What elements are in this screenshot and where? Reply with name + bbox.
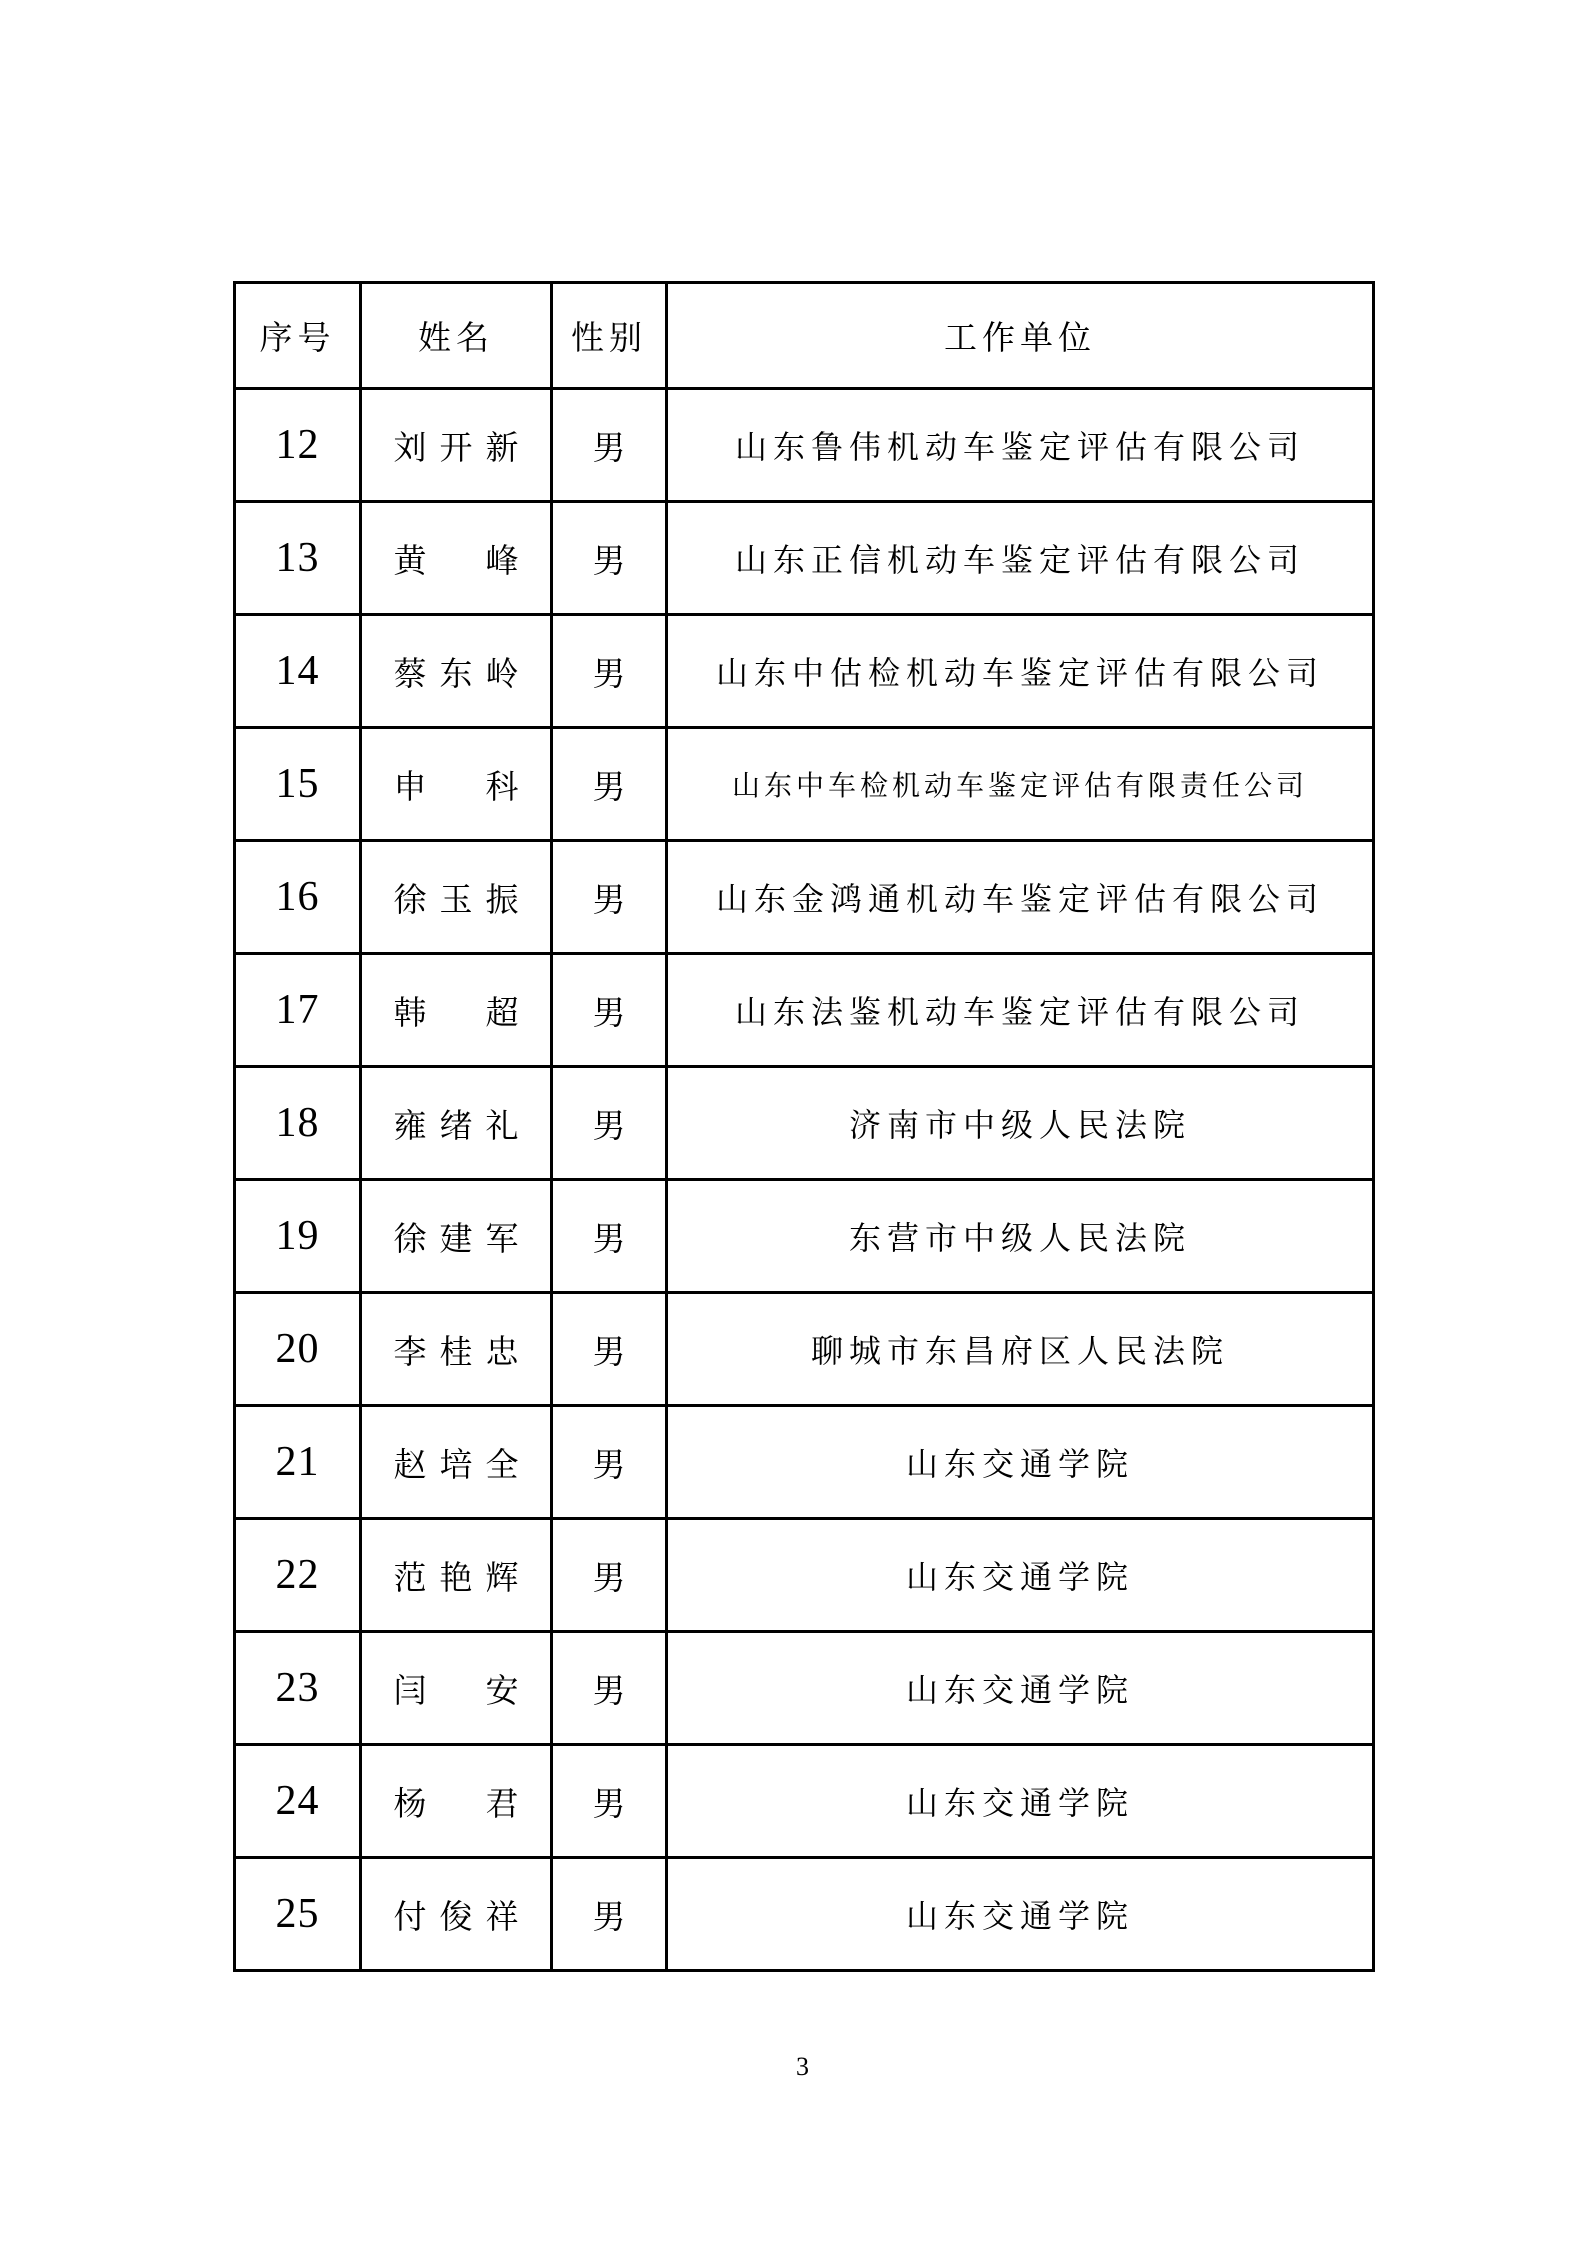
table-row: 22范艳辉男山东交通学院 bbox=[235, 1519, 1374, 1632]
row-gender: 男 bbox=[552, 841, 667, 954]
row-work-unit: 聊城市东昌府区人民法院 bbox=[667, 1293, 1374, 1406]
row-work-unit: 山东金鸿通机动车鉴定评估有限公司 bbox=[667, 841, 1374, 954]
table-row: 15申 科男山东中车检机动车鉴定评估有限责任公司 bbox=[235, 728, 1374, 841]
roster-table: 序号 姓名 性别 工作单位 12刘开新男山东鲁伟机动车鉴定评估有限公司13黄 峰… bbox=[233, 281, 1375, 1972]
row-work-unit: 山东交通学院 bbox=[667, 1406, 1374, 1519]
row-serial-number: 20 bbox=[235, 1293, 361, 1406]
row-name: 李桂忠 bbox=[361, 1293, 552, 1406]
page-number: 3 bbox=[233, 2052, 1372, 2082]
row-gender: 男 bbox=[552, 954, 667, 1067]
row-gender: 男 bbox=[552, 1293, 667, 1406]
row-gender: 男 bbox=[552, 502, 667, 615]
header-serial-number: 序号 bbox=[235, 283, 361, 389]
row-serial-number: 12 bbox=[235, 389, 361, 502]
row-gender: 男 bbox=[552, 1632, 667, 1745]
row-name-text: 范艳辉 bbox=[394, 1552, 519, 1599]
row-name: 闫 安 bbox=[361, 1632, 552, 1745]
row-name-text: 李桂忠 bbox=[394, 1326, 519, 1373]
row-work-unit: 山东中车检机动车鉴定评估有限责任公司 bbox=[667, 728, 1374, 841]
row-name-text: 付俊祥 bbox=[394, 1891, 519, 1938]
row-work-unit: 济南市中级人民法院 bbox=[667, 1067, 1374, 1180]
row-work-unit: 山东正信机动车鉴定评估有限公司 bbox=[667, 502, 1374, 615]
row-name: 黄 峰 bbox=[361, 502, 552, 615]
row-name: 赵培全 bbox=[361, 1406, 552, 1519]
row-name-text: 杨 君 bbox=[394, 1778, 519, 1825]
table-header-row: 序号 姓名 性别 工作单位 bbox=[235, 283, 1374, 389]
row-name: 付俊祥 bbox=[361, 1858, 552, 1971]
row-serial-number: 19 bbox=[235, 1180, 361, 1293]
row-work-unit: 山东交通学院 bbox=[667, 1632, 1374, 1745]
table-row: 24杨 君男山东交通学院 bbox=[235, 1745, 1374, 1858]
row-name: 韩 超 bbox=[361, 954, 552, 1067]
header-work-unit: 工作单位 bbox=[667, 283, 1374, 389]
table-row: 23闫 安男山东交通学院 bbox=[235, 1632, 1374, 1745]
row-name: 徐玉振 bbox=[361, 841, 552, 954]
table-row: 20李桂忠男聊城市东昌府区人民法院 bbox=[235, 1293, 1374, 1406]
table-row: 14蔡东岭男山东中估检机动车鉴定评估有限公司 bbox=[235, 615, 1374, 728]
table-row: 13黄 峰男山东正信机动车鉴定评估有限公司 bbox=[235, 502, 1374, 615]
row-name-text: 蔡东岭 bbox=[394, 648, 519, 695]
header-gender: 性别 bbox=[552, 283, 667, 389]
row-gender: 男 bbox=[552, 389, 667, 502]
row-name: 蔡东岭 bbox=[361, 615, 552, 728]
row-name-text: 黄 峰 bbox=[394, 535, 519, 582]
row-work-unit: 山东鲁伟机动车鉴定评估有限公司 bbox=[667, 389, 1374, 502]
row-gender: 男 bbox=[552, 1745, 667, 1858]
table-row: 25付俊祥男山东交通学院 bbox=[235, 1858, 1374, 1971]
row-name: 范艳辉 bbox=[361, 1519, 552, 1632]
row-work-unit: 山东交通学院 bbox=[667, 1858, 1374, 1971]
row-gender: 男 bbox=[552, 728, 667, 841]
row-name-text: 刘开新 bbox=[394, 422, 519, 469]
row-serial-number: 14 bbox=[235, 615, 361, 728]
row-serial-number: 24 bbox=[235, 1745, 361, 1858]
row-name: 雍绪礼 bbox=[361, 1067, 552, 1180]
row-gender: 男 bbox=[552, 1067, 667, 1180]
row-work-unit: 山东法鉴机动车鉴定评估有限公司 bbox=[667, 954, 1374, 1067]
row-name-text: 徐建军 bbox=[394, 1213, 519, 1260]
header-name: 姓名 bbox=[361, 283, 552, 389]
row-name: 徐建军 bbox=[361, 1180, 552, 1293]
row-name: 杨 君 bbox=[361, 1745, 552, 1858]
table-row: 16徐玉振男山东金鸿通机动车鉴定评估有限公司 bbox=[235, 841, 1374, 954]
row-name-text: 韩 超 bbox=[394, 987, 519, 1034]
row-gender: 男 bbox=[552, 615, 667, 728]
table-row: 19徐建军男东营市中级人民法院 bbox=[235, 1180, 1374, 1293]
row-name-text: 闫 安 bbox=[394, 1665, 519, 1712]
row-work-unit: 东营市中级人民法院 bbox=[667, 1180, 1374, 1293]
row-name-text: 赵培全 bbox=[394, 1439, 519, 1486]
row-serial-number: 18 bbox=[235, 1067, 361, 1180]
table-row: 12刘开新男山东鲁伟机动车鉴定评估有限公司 bbox=[235, 389, 1374, 502]
row-name: 刘开新 bbox=[361, 389, 552, 502]
table-row: 18雍绪礼男济南市中级人民法院 bbox=[235, 1067, 1374, 1180]
table-row: 17韩 超男山东法鉴机动车鉴定评估有限公司 bbox=[235, 954, 1374, 1067]
row-work-unit: 山东交通学院 bbox=[667, 1745, 1374, 1858]
row-serial-number: 22 bbox=[235, 1519, 361, 1632]
row-serial-number: 25 bbox=[235, 1858, 361, 1971]
row-gender: 男 bbox=[552, 1519, 667, 1632]
row-name-text: 雍绪礼 bbox=[394, 1100, 519, 1147]
row-serial-number: 17 bbox=[235, 954, 361, 1067]
row-gender: 男 bbox=[552, 1858, 667, 1971]
row-serial-number: 23 bbox=[235, 1632, 361, 1745]
row-name: 申 科 bbox=[361, 728, 552, 841]
row-work-unit: 山东中估检机动车鉴定评估有限公司 bbox=[667, 615, 1374, 728]
table-row: 21赵培全男山东交通学院 bbox=[235, 1406, 1374, 1519]
row-work-unit: 山东交通学院 bbox=[667, 1519, 1374, 1632]
row-serial-number: 21 bbox=[235, 1406, 361, 1519]
row-name-text: 徐玉振 bbox=[394, 874, 519, 921]
row-serial-number: 16 bbox=[235, 841, 361, 954]
row-gender: 男 bbox=[552, 1406, 667, 1519]
row-name-text: 申 科 bbox=[394, 761, 519, 808]
row-serial-number: 15 bbox=[235, 728, 361, 841]
row-gender: 男 bbox=[552, 1180, 667, 1293]
row-serial-number: 13 bbox=[235, 502, 361, 615]
document-page: 序号 姓名 性别 工作单位 12刘开新男山东鲁伟机动车鉴定评估有限公司13黄 峰… bbox=[0, 0, 1587, 2245]
